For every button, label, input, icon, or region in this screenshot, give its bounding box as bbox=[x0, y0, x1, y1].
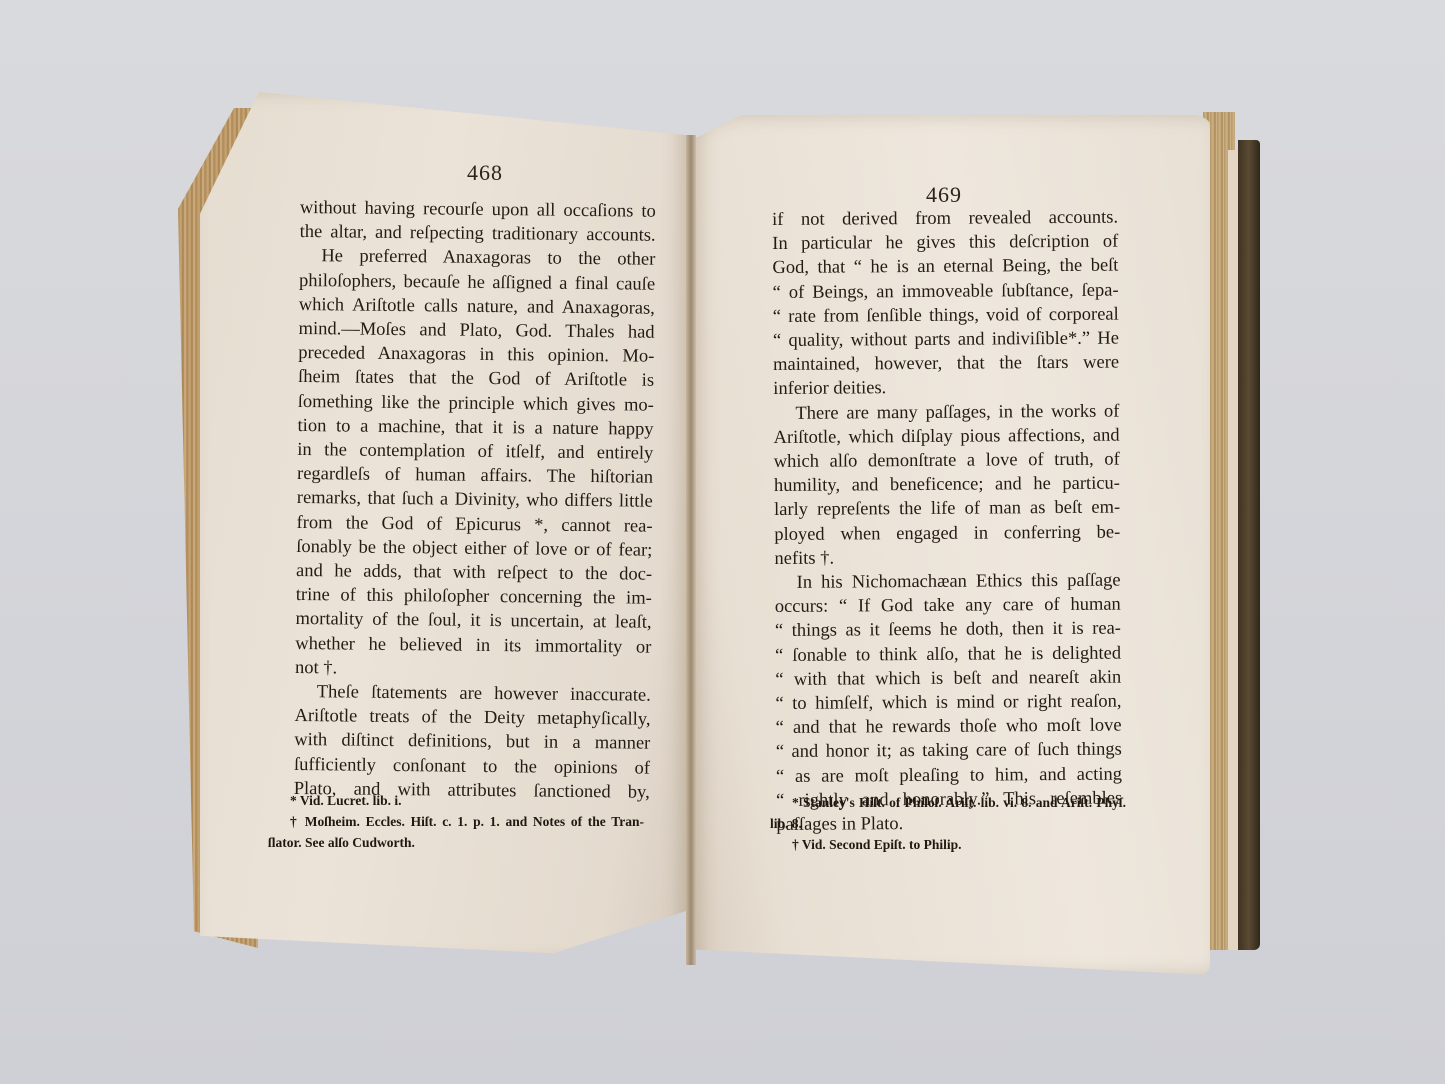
photo-scene: 468 without having recourſe upon all occ… bbox=[0, 0, 1445, 1084]
text-line: “ and that he rewards thoſe who moſt lov… bbox=[776, 714, 1122, 741]
text-line: “ as are moſt pleaſing to him, and actin… bbox=[776, 762, 1122, 789]
left-page-footnotes: * Vid. Lucret. lib. i. † Moſheim. Eccles… bbox=[268, 790, 644, 853]
text-line: He preferred Anaxagoras to the other bbox=[299, 244, 655, 272]
footnote: lib. 8. bbox=[770, 813, 1126, 834]
right-page-footnotes: * Stanley's Hiſt. of Philoſ. Ariſt. lib.… bbox=[770, 792, 1126, 855]
text-line: humility, and beneficence; and he partic… bbox=[774, 472, 1120, 499]
text-line: ſheim ſtates that the God of Ariſtotle i… bbox=[298, 365, 654, 393]
text-line: In his Nichomachæan Ethics this paſſage bbox=[775, 569, 1121, 596]
text-line: mind.—Moſes and Plato, God. Thales had bbox=[298, 317, 654, 345]
text-line: God, that “ he is an eternal Being, the … bbox=[772, 254, 1118, 281]
page-number-left: 468 bbox=[467, 160, 503, 186]
text-line: “ rate from ſenſible things, void of cor… bbox=[773, 302, 1119, 329]
text-line: mortality of the ſoul, it is uncertain, … bbox=[295, 607, 651, 635]
text-line: In particular he gives this deſcription … bbox=[772, 230, 1118, 257]
text-line: from the God of Epicurus *, cannot rea- bbox=[296, 511, 652, 539]
text-line: in the contemplation of itſelf, and enti… bbox=[297, 438, 653, 466]
text-line: ſomething like the principle which gives… bbox=[298, 390, 654, 418]
text-line: ſufficiently conſonant to the opinions o… bbox=[294, 753, 650, 781]
text-line: ployed when engaged in conferring be- bbox=[774, 520, 1120, 547]
text-line: which alſo demonſtrate a love of truth, … bbox=[774, 448, 1120, 475]
text-line: inferior deities. bbox=[773, 375, 1119, 402]
text-line: preceded Anaxagoras in this opinion. Mo- bbox=[298, 341, 654, 369]
text-line: trine of this philoſopher concerning the… bbox=[296, 583, 652, 611]
text-line: “ to himſelf, which is mind or right rea… bbox=[775, 690, 1121, 717]
text-line: Ariſtotle treats of the Deity metaphyſic… bbox=[294, 704, 650, 732]
footnote: * Vid. Lucret. lib. i. bbox=[268, 790, 644, 811]
footnote: ſlator. See alſo Cudworth. bbox=[268, 832, 644, 853]
text-line: “ with that which is beſt and neareſt ak… bbox=[775, 665, 1121, 692]
text-line: not †. bbox=[295, 656, 651, 684]
text-line: regardleſs of human affairs. The hiſtori… bbox=[297, 462, 653, 490]
text-line: if not derived from revealed accounts. bbox=[772, 206, 1118, 233]
left-page-body: without having recourſe upon all occaſio… bbox=[294, 196, 656, 805]
text-line: “ and honor it; as taking care of ſuch t… bbox=[776, 738, 1122, 765]
text-line: “ ſonable to think alſo, that he is deli… bbox=[775, 641, 1121, 668]
text-line: which Ariſtotle calls nature, and Anaxag… bbox=[299, 293, 655, 321]
text-line: ſonably be the object either of love or … bbox=[296, 535, 652, 563]
text-line: without having recourſe upon all occaſio… bbox=[300, 196, 656, 224]
text-line: occurs: “ If God take any care of human bbox=[775, 593, 1121, 620]
footnote: † Moſheim. Eccles. Hiſt. c. 1. p. 1. and… bbox=[268, 811, 644, 832]
text-line: “ of Beings, an immoveable ſubſtance, ſe… bbox=[773, 278, 1119, 305]
text-line: nefits †. bbox=[774, 544, 1120, 571]
text-line: remarks, that ſuch a Divinity, who diffe… bbox=[297, 486, 653, 514]
text-line: with diſtinct definitions, but in a mann… bbox=[294, 728, 650, 756]
text-line: larly repreſents the life of man as beſt… bbox=[774, 496, 1120, 523]
book-cover-spine bbox=[1238, 140, 1260, 950]
text-line: philoſophers, becauſe he aſſigned a fina… bbox=[299, 269, 655, 297]
text-line: “ quality, without parts and indiviſible… bbox=[773, 327, 1119, 354]
text-line: the altar, and reſpecting traditionary a… bbox=[299, 220, 655, 248]
page-number-right: 469 bbox=[926, 182, 962, 208]
text-line: “ things as it ſeems he doth, then it is… bbox=[775, 617, 1121, 644]
text-line: whether he believed in its immortality o… bbox=[295, 632, 651, 660]
text-line: maintained, however, that the ſtars were bbox=[773, 351, 1119, 378]
text-line: Theſe ſtatements are however inaccurate. bbox=[295, 680, 651, 708]
right-page-body: if not derived from revealed accounts. I… bbox=[772, 206, 1122, 838]
text-line: Ariſtotle, which diſplay pious affection… bbox=[774, 423, 1120, 450]
book-gutter bbox=[686, 135, 696, 965]
text-line: and he adds, that with reſpect to the do… bbox=[296, 559, 652, 587]
footnote: † Vid. Second Epiſt. to Philip. bbox=[770, 834, 1126, 855]
text-line: There are many paſſages, in the works of bbox=[773, 399, 1119, 426]
text-line: tion to a machine, that it is a nature h… bbox=[297, 414, 653, 442]
footnote: * Stanley's Hiſt. of Philoſ. Ariſt. lib.… bbox=[770, 792, 1126, 813]
